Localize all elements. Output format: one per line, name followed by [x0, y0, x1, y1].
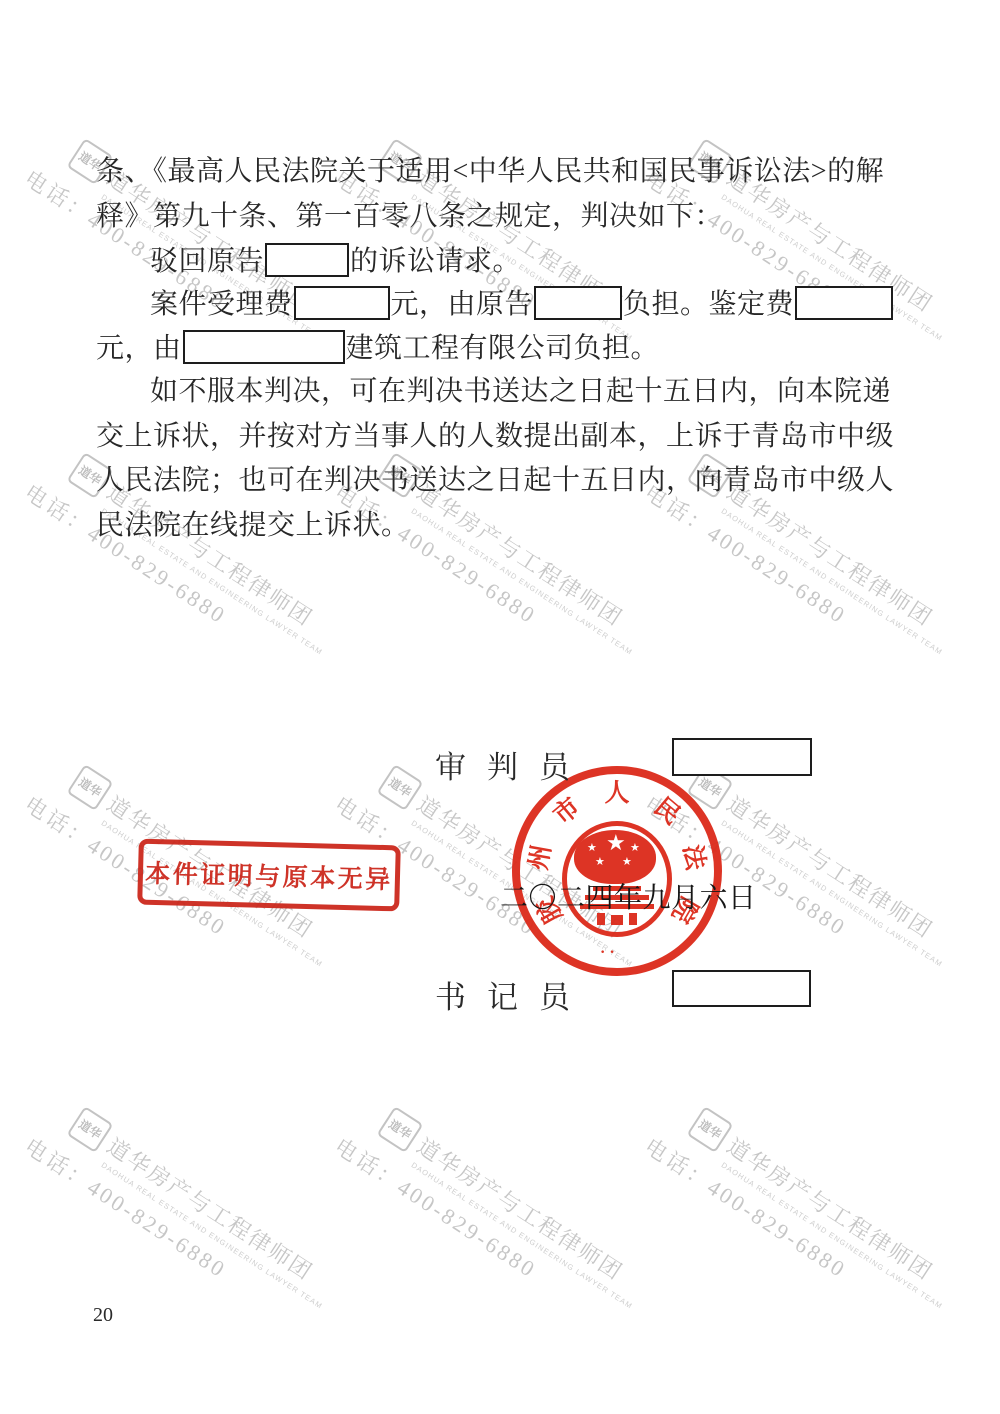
big-star-icon: ★	[606, 832, 626, 854]
watermark-name-cn: 道华房产与工程律师团	[412, 1130, 630, 1287]
watermark-phone: 电话：400-829-6880	[639, 476, 938, 685]
line-text: 案件受理费	[150, 289, 293, 320]
daohua-logo-icon: 道华	[376, 1106, 423, 1153]
line-text: 的诉讼请求。	[350, 246, 521, 277]
line-text: 元，由	[96, 333, 182, 364]
watermark-name-en: DAOHUA REAL ESTATE AND ENGINEERING LAWYE…	[410, 506, 635, 656]
small-star-icon: ★	[630, 843, 640, 854]
clerk-label-char: 记	[487, 972, 518, 1017]
line-text: 人民法院；也可在判决书送达之日起十五日内，向青岛市中级人	[96, 465, 894, 496]
line-text: 民法院在线提交上诉状。	[96, 510, 410, 541]
redaction-box	[183, 330, 345, 364]
watermark-name-en: DAOHUA REAL ESTATE AND ENGINEERING LAWYE…	[100, 1160, 325, 1310]
daohua-logo-icon: 道华	[66, 1106, 113, 1153]
line-text: 释》第九十条、第一百零八条之规定，判决如下：	[96, 201, 723, 232]
judgment-page: 道华道华房产与工程律师团DAOHUA REAL ESTATE AND ENGIN…	[0, 0, 1000, 1414]
judge-label-char: 判	[487, 742, 518, 787]
document-line: 条、《最高人民法院关于适用<中华人民共和国民事诉讼法>的解	[96, 155, 884, 189]
seal-arc-char: 人	[604, 773, 629, 809]
document-line: 驳回原告的诉讼请求。	[150, 243, 521, 279]
line-text: 驳回原告	[150, 246, 264, 277]
watermark-phone: 电话：400-829-6880	[329, 1130, 628, 1339]
page-number: 20	[93, 1304, 113, 1327]
line-text: 建筑工程有限公司负担。	[346, 333, 660, 364]
document-line: 人民法院；也可在判决书送达之日起十五日内，向青岛市中级人	[96, 464, 894, 498]
watermark-name-en: DAOHUA REAL ESTATE AND ENGINEERING LAWYE…	[720, 506, 945, 656]
watermark-phone: 电话：400-829-6880	[639, 162, 938, 371]
document-line: 交上诉状，并按对方当事人的人数提出副本，上诉于青岛市中级	[96, 420, 894, 454]
redaction-box	[795, 286, 893, 320]
certification-stamp: 本件证明与原本无异	[137, 839, 401, 912]
document-line: 民法院在线提交上诉状。	[96, 509, 410, 543]
redaction-box	[534, 286, 622, 320]
judgment-date: 二〇二四年九月六日	[500, 876, 757, 916]
daohua-logo-icon: 道华	[686, 1106, 733, 1153]
redaction-box	[294, 286, 390, 320]
watermark-name-cn: 道华房产与工程律师团	[412, 476, 630, 633]
court-seal: 胶州市人民法院 ★ ★ ★ ★ ★ ··	[512, 766, 722, 976]
clerk-label: 书记员	[435, 972, 570, 1017]
watermark-name-cn: 道华房产与工程律师团	[722, 1130, 940, 1287]
clerk-name-redaction-box	[672, 970, 811, 1007]
watermark: 道华道华房产与工程律师团DAOHUA REAL ESTATE AND ENGIN…	[43, 1106, 344, 1339]
watermark-phone: 电话：400-829-6880	[639, 1130, 938, 1339]
line-text: 负担。鉴定费	[623, 289, 794, 320]
line-text: 元，由原告	[391, 289, 534, 320]
watermark-name-en: DAOHUA REAL ESTATE AND ENGINEERING LAWYE…	[410, 1160, 635, 1310]
judge-label: 审判员	[435, 742, 570, 787]
document-line: 元，由建筑工程有限公司负担。	[96, 330, 659, 366]
watermark: 道华道华房产与工程律师团DAOHUA REAL ESTATE AND ENGIN…	[663, 1106, 964, 1339]
seal-bottom-marks: ··	[600, 944, 619, 962]
watermark-name-cn: 道华房产与工程律师团	[102, 1130, 320, 1287]
document-line: 释》第九十条、第一百零八条之规定，判决如下：	[96, 200, 723, 234]
watermark-name-cn: 道华房产与工程律师团	[722, 476, 940, 633]
watermark: 道华道华房产与工程律师团DAOHUA REAL ESTATE AND ENGIN…	[353, 1106, 654, 1339]
judge-name-redaction-box	[672, 738, 812, 776]
watermark-phone: 电话：400-829-6880	[19, 1130, 318, 1339]
watermark-name-cn: 道华房产与工程律师团	[722, 788, 940, 945]
judge-label-char: 审	[435, 742, 466, 787]
gate-door	[611, 915, 623, 925]
redaction-box	[265, 243, 349, 277]
small-star-icon: ★	[587, 843, 597, 854]
judge-label-char: 员	[539, 742, 570, 787]
small-star-icon: ★	[622, 857, 632, 868]
watermark-name-cn: 道华房产与工程律师团	[102, 476, 320, 633]
daohua-logo-icon: 道华	[66, 764, 113, 811]
watermark-phone: 电话：400-829-6880	[19, 476, 318, 685]
clerk-label-char: 书	[435, 972, 466, 1017]
daohua-logo-icon: 道华	[376, 764, 423, 811]
line-text: 条、《最高人民法院关于适用<中华人民共和国民事诉讼法>的解	[96, 156, 884, 187]
line-text: 如不服本判决，可在判决书送达之日起十五日内，向本院递	[150, 376, 891, 407]
watermark-phone: 电话：400-829-6880	[329, 476, 628, 685]
document-line: 如不服本判决，可在判决书送达之日起十五日内，向本院递	[150, 375, 891, 409]
small-star-icon: ★	[595, 857, 605, 868]
clerk-label-char: 员	[539, 972, 570, 1017]
line-text: 交上诉状，并按对方当事人的人数提出副本，上诉于青岛市中级	[96, 421, 894, 452]
watermark-name-en: DAOHUA REAL ESTATE AND ENGINEERING LAWYE…	[720, 1160, 945, 1310]
document-line: 案件受理费元，由原告负担。鉴定费	[150, 286, 894, 322]
